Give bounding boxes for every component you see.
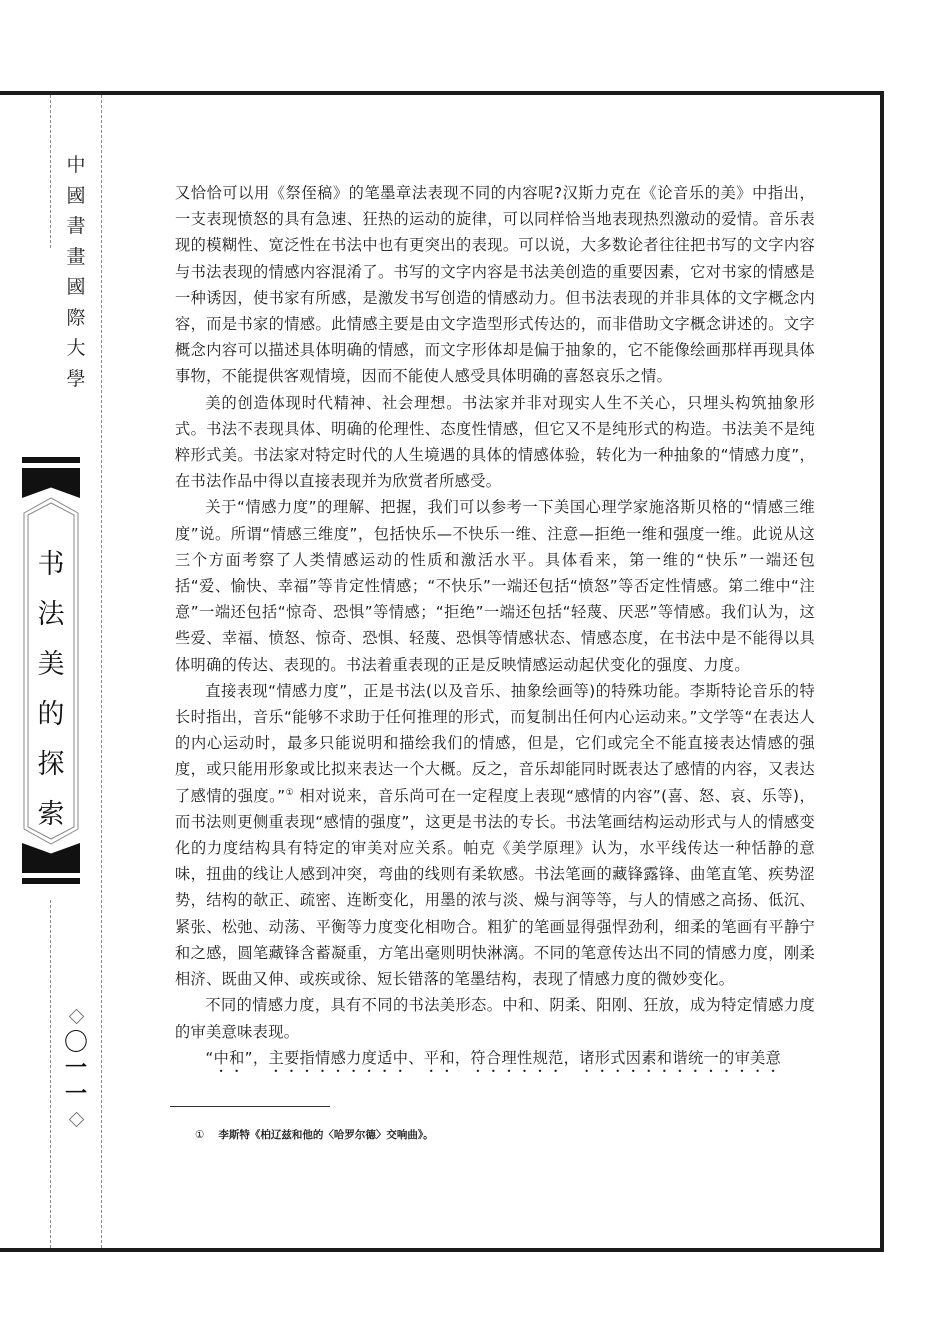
book-title-char: 书 <box>38 540 65 590</box>
page-number-char: 一 <box>65 1082 87 1108</box>
footnote-text: 李斯特《柏辽兹和他的〈哈罗尔德〉交响曲》。 <box>218 1129 433 1141</box>
page-frame-bottom-rule <box>0 1248 884 1252</box>
body-text: 又恰恰可以用《祭侄稿》的笔墨章法表现不同的内容呢?汉斯力克在《论音乐的美》中指出… <box>175 180 815 1076</box>
diamond-ornament-icon <box>68 1112 84 1128</box>
school-name-char: 際 <box>66 303 85 334</box>
paragraph: 关于“情感力度”的理解、把握，我们可以参考一下美国心理学家施洛斯贝格的“情感三维… <box>175 494 815 677</box>
book-title-char: 法 <box>38 590 65 640</box>
sidebar-dotted-rule-left-upper <box>50 95 51 248</box>
school-name-char: 國 <box>66 181 85 212</box>
book-title-char: 的 <box>38 690 65 740</box>
school-name-char: 學 <box>66 364 85 395</box>
sidebar-dotted-rule-right <box>101 95 102 1248</box>
title-band-bottom-bar <box>22 878 80 884</box>
paragraph-text: 相对说来，音乐尚可在一定程度上表现“感情的内容”(喜、怒、哀、乐等)，而书法则更… <box>175 787 815 988</box>
title-band-top-chevron <box>22 468 80 498</box>
diamond-ornament-icon <box>68 1009 84 1025</box>
title-band-bottom-chevron <box>22 843 80 873</box>
page-number-vertical: 〇 一 一 <box>60 1005 92 1131</box>
page-frame-right-rule <box>880 91 884 1252</box>
book-title-vertical: 书 法 美 的 探 索 <box>22 540 80 840</box>
paragraph: 又恰恰可以用《祭侄稿》的笔墨章法表现不同的内容呢?汉斯力克在《论音乐的美》中指出… <box>175 180 815 390</box>
paragraph: 美的创造体现时代精神、社会理想。书法家并非对现实人生不关心，只埋头构筑抽象形式。… <box>175 390 815 495</box>
school-name-vertical: 中 國 書 畫 國 際 大 學 <box>60 150 92 394</box>
school-name-char: 大 <box>66 333 85 364</box>
title-band-top-bar <box>22 457 80 463</box>
paragraph: 不同的情感力度，具有不同的书法美形态。中和、阴柔、阳刚、狂放，成为特定情感力度的… <box>175 992 815 1044</box>
sidebar-dotted-rule-left-lower <box>50 900 51 1248</box>
book-title-char: 索 <box>38 790 65 840</box>
footnote: ①李斯特《柏辽兹和他的〈哈罗尔德〉交响曲》。 <box>195 1127 434 1142</box>
paragraph: 直接表现“情感力度”，正是书法(以及音乐、抽象绘画等)的特殊功能。李斯特论音乐的… <box>175 678 815 992</box>
book-title-char: 探 <box>38 740 65 790</box>
footnote-separator <box>170 1106 330 1107</box>
footnote-reference[interactable]: ① <box>285 788 294 798</box>
page-frame-top-rule <box>0 91 884 95</box>
school-name-char: 中 <box>66 150 85 181</box>
footnote-mark: ① <box>195 1129 204 1141</box>
school-name-char: 書 <box>66 211 85 242</box>
page-number-char: 〇 <box>64 1028 88 1056</box>
school-name-char: 畫 <box>66 242 85 273</box>
page-number-char: 一 <box>65 1056 87 1082</box>
book-title-char: 美 <box>38 640 65 690</box>
school-name-char: 國 <box>66 272 85 303</box>
emphasized-paragraph: “中和”，主要指情感力度适中、平和，符合理性规范，诸形式因素和谐统一的审美意 <box>175 1045 815 1076</box>
